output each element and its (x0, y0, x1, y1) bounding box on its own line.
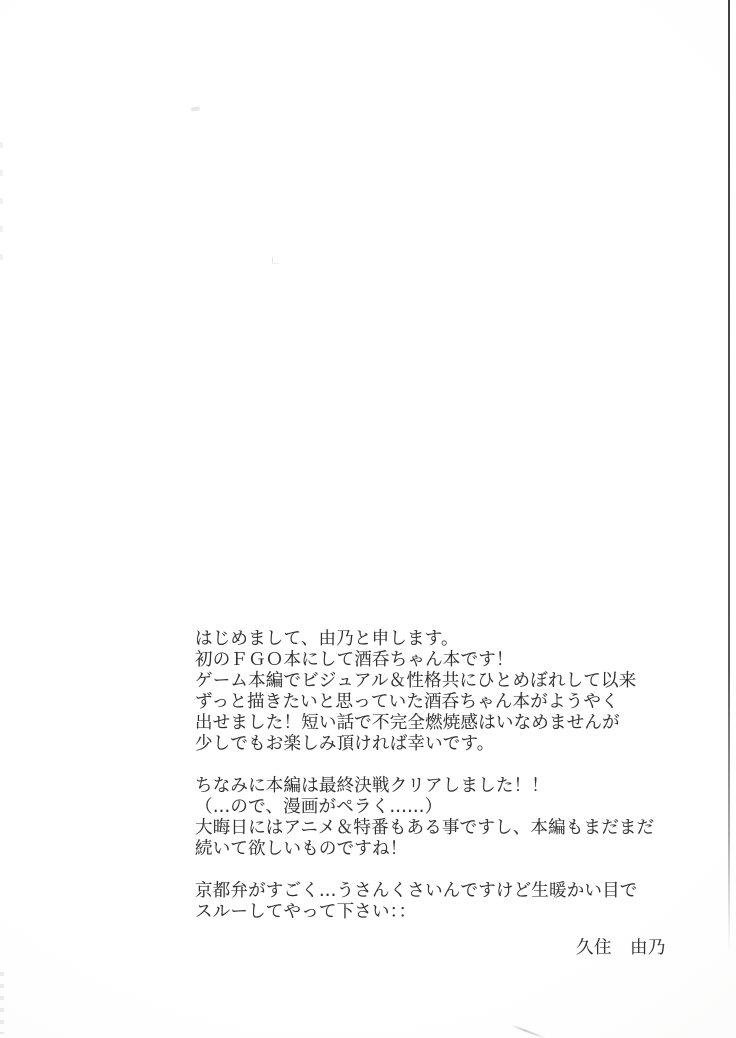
afterword-line: 初のＦＧＯ本にして酒呑ちゃん本です！ (195, 650, 670, 671)
afterword-line: はじめまして、由乃と申します。 (195, 629, 670, 650)
afterword-line: 少しでもお楽しみ頂ければ幸いです。 (195, 734, 670, 755)
afterword-line: ずっと描きたいと思っていた酒呑ちゃん本がようやく (195, 692, 670, 713)
scan-edge-line (728, 0, 730, 952)
afterword-text: はじめまして、由乃と申します。 初のＦＧＯ本にして酒呑ちゃん本です！ ゲーム本編… (195, 629, 670, 923)
afterword-line: 京都弁がすごく…うさんくさいんですけど生暖かい目で (195, 881, 670, 902)
afterword-paragraph-1: はじめまして、由乃と申します。 初のＦＧＯ本にして酒呑ちゃん本です！ ゲーム本編… (195, 629, 670, 755)
author-signature: 久住 由乃 (576, 938, 666, 959)
afterword-paragraph-2: ちなみに本編は最終決戦クリアしました！！ （…ので、漫画がペラく……） 大晦日に… (195, 776, 670, 860)
scan-speck (191, 106, 200, 111)
scan-speck (272, 257, 278, 264)
scan-edge-smudge (0, 972, 4, 1034)
afterword-line: 出せました！短い話で不完全燃焼感はいなめませんが (195, 713, 670, 734)
scan-scratch-mark (510, 1024, 545, 1038)
afterword-line: ゲーム本編でビジュアル＆性格共にひとめぼれして以来 (195, 671, 670, 692)
afterword-line: 続いて欲しいものですね！ (195, 839, 670, 860)
afterword-line: 大晦日にはアニメ＆特番もある事ですし、本編もまだまだ (195, 818, 670, 839)
afterword-line: スルーしてやって下さい：： (195, 902, 670, 923)
afterword-paragraph-3: 京都弁がすごく…うさんくさいんですけど生暖かい目で スルーしてやって下さい：： (195, 881, 670, 923)
scan-edge-smudge (0, 142, 3, 272)
afterword-line: （…ので、漫画がペラく……） (195, 797, 670, 818)
afterword-line: ちなみに本編は最終決戦クリアしました！！ (195, 776, 670, 797)
scanned-afterword-page: はじめまして、由乃と申します。 初のＦＧＯ本にして酒呑ちゃん本です！ ゲーム本編… (0, 0, 736, 1038)
